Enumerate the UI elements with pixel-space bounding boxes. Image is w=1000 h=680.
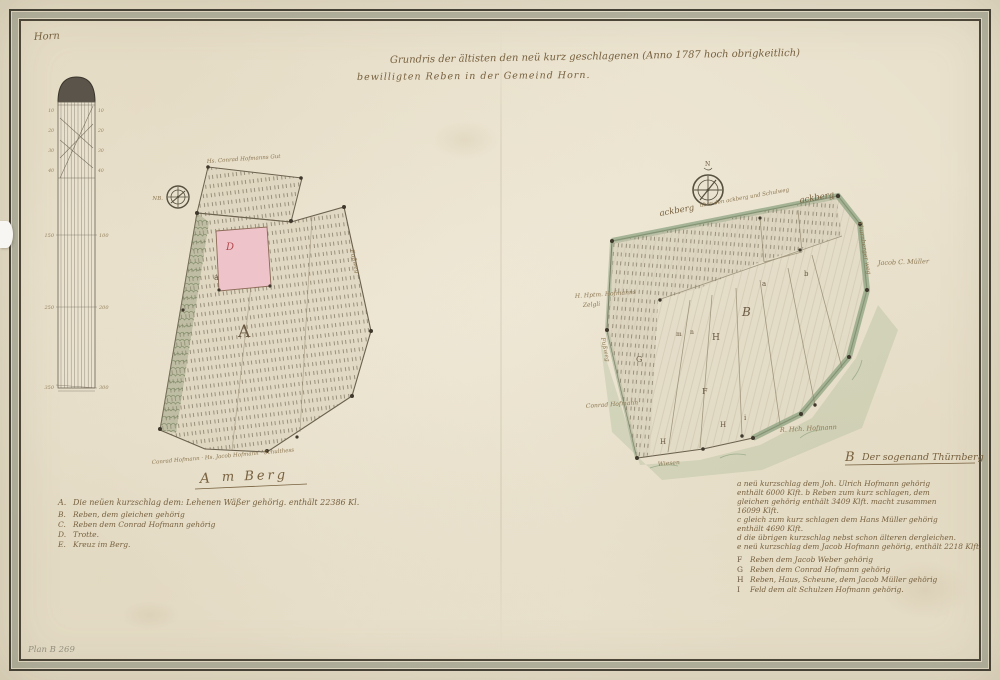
letter-a: a — [762, 280, 766, 288]
legend-b2-key-2: H — [737, 575, 744, 584]
svg-text:10: 10 — [48, 108, 54, 114]
svg-text:200: 200 — [98, 305, 109, 311]
legend-a-key-3: D. — [57, 530, 66, 539]
letter-H2: H — [720, 421, 726, 429]
svg-text:100: 100 — [99, 233, 109, 239]
svg-text:250: 250 — [43, 305, 54, 311]
svg-text:40: 40 — [97, 168, 104, 174]
legend-b2-text-3: Feld dem alt Schulzen Hofmann gehörig. — [749, 585, 904, 594]
corner-note: Horn — [33, 31, 61, 43]
legend-a-text-4: Kreuz im Berg. — [72, 540, 130, 549]
parcel-a-caption-letter: A — [198, 471, 215, 488]
legend-b-line-1: enthält 6000 Klft. b Reben zum kurz schl… — [737, 488, 930, 497]
building-plot — [216, 227, 271, 291]
caption-underline — [845, 463, 975, 465]
compass-note: NB. — [151, 196, 163, 202]
legend-b-line-3: 16099 Klft. — [737, 506, 779, 515]
letter-H: H — [712, 333, 720, 343]
legend-b2-text-1: Reben dem Conrad Hofmann gehörig — [749, 565, 891, 574]
scanned-map-sheet: Horn Plan B 269 Grundris der ältisten de… — [0, 0, 1000, 680]
map-drawing: Horn Plan B 269 Grundris der ältisten de… — [0, 0, 1000, 680]
compass-rose-icon — [167, 186, 189, 208]
parcel-a-small-letter: a — [214, 273, 219, 282]
legend-b-line-0: a neü kurzschlag dem Joh. Ulrich Hofmann… — [737, 479, 930, 488]
parcel-b-map: B H m n G F H i H a b N — [574, 161, 984, 480]
svg-text:150: 150 — [44, 233, 54, 239]
legend-a-key-0: A. — [57, 498, 66, 507]
legend-b2-text-2: Reben, Haus, Scheune, dem Jacob Müller g… — [749, 575, 938, 584]
jacob-mueller-label: Jacob C. Müller — [876, 257, 930, 267]
legend-b-line-2: gleichen gehörig enthält 3409 Klft. mach… — [737, 497, 937, 506]
letter-m: m — [676, 331, 682, 338]
svg-text:300: 300 — [99, 385, 109, 391]
svg-text:20: 20 — [97, 128, 104, 134]
svg-text:350: 350 — [44, 385, 54, 391]
zelgli-label: Zelgli — [582, 301, 601, 309]
parcel-a-letter: A — [237, 322, 251, 342]
svg-text:20: 20 — [47, 128, 54, 134]
letter-B: B — [741, 305, 751, 319]
legend-a-text-3: Trotte. — [73, 530, 99, 539]
legend-b-line-5: enthält 4690 Klft. — [737, 524, 803, 533]
legend-b2-key-3: I — [737, 585, 740, 594]
legend-a: A. Die neüen kurzschlag dem: Lehenen Wäß… — [57, 498, 359, 549]
legend-a-text-1: Reben, dem gleichen gehörig — [72, 510, 185, 519]
ruler-cap — [58, 77, 95, 102]
map-title: Grundris der ältisten den neü kurz gesch… — [357, 48, 800, 83]
parcel-a-caption: m Berg — [222, 468, 289, 485]
svg-text:40: 40 — [47, 168, 54, 174]
title-line-2: bewilligten Reben in der Gemeind Horn. — [357, 70, 591, 83]
legend-a-text-0: Die neüen kurzschlag dem: Lehenen Wäßer … — [72, 498, 359, 507]
legend-a-key-2: C. — [58, 520, 66, 529]
letter-n: n — [690, 329, 694, 336]
plot-letter-d: D — [225, 242, 234, 253]
archive-number: Plan B 269 — [27, 645, 75, 655]
legend-b2-key-0: F — [737, 555, 742, 564]
letter-H3: H — [660, 438, 666, 446]
legend-b-line-7: e neü kurzschlag dem Jacob Hofmann gehör… — [737, 542, 981, 551]
letter-G: G — [636, 355, 642, 364]
legend-b-line-4: c gleich zum kurz schlagen dem Hans Müll… — [737, 515, 938, 524]
legend-a-key-4: E. — [57, 540, 66, 549]
compass-rose-icon: N — [693, 161, 723, 205]
svg-text:30: 30 — [48, 148, 54, 154]
legend-a-key-1: B. — [57, 510, 66, 519]
letter-b: b — [804, 270, 809, 278]
parcel-a-map: D A a NB. Hs. Conrad — [151, 154, 373, 489]
legend-b2-text-0: Reben dem Jacob Weber gehörig — [749, 555, 873, 564]
legend-b: a neü kurzschlag dem Joh. Ulrich Hofmann… — [737, 479, 981, 594]
parcel-b-caption-letter: B — [844, 450, 855, 465]
title-line-1: Grundris der ältisten den neü kurz gesch… — [390, 48, 800, 66]
svg-text:30: 30 — [98, 148, 104, 154]
legend-b2-key-1: G — [737, 565, 743, 574]
legend-a-text-2: Reben dem Conrad Hofmann gehörig — [72, 520, 216, 529]
svg-text:10: 10 — [98, 108, 104, 114]
letter-F: F — [702, 387, 708, 396]
compass-north-letter: N — [705, 161, 710, 168]
ackberg-left-label: ackberg — [659, 203, 696, 219]
legend-b-line-6: d die übrigen kurzschlag nebst schon ält… — [737, 533, 956, 542]
scale-ruler: 10 20 30 40 10 20 30 40 150 250 350 100 … — [43, 77, 109, 391]
parcel-b-caption: Der sogenand Thürnberg — [861, 452, 984, 463]
parcel-a-top-owners: Hs. Conrad Hofmanns Gut — [206, 154, 282, 165]
